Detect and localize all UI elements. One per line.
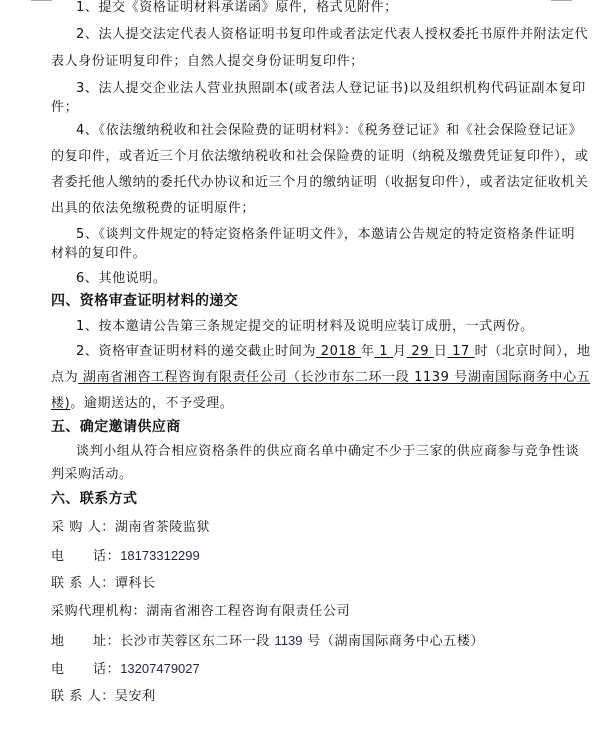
address-value-a: 长沙市芙蓉区东二环一段 bbox=[120, 634, 274, 649]
purchaser-label: 采 购 人： bbox=[51, 520, 115, 536]
section-5-line-1: 谈判小组从符合相应资格条件的供应商名单中确定不少于三家的供应商参与竞争性谈 bbox=[76, 444, 586, 460]
month-unit: 月 bbox=[393, 344, 407, 359]
item-3-line-2: 件； bbox=[51, 100, 561, 116]
contact-agency: 采购代理机构：湖南省湘咨工程咨询有限责任公司 bbox=[51, 604, 561, 620]
hour-unit: 时（北京时间），地 bbox=[475, 344, 591, 359]
section-6-heading: 六、联系方式 bbox=[51, 491, 561, 507]
item-6: 6、其他说明。 bbox=[76, 271, 586, 287]
address-number: 1139 bbox=[275, 633, 303, 648]
item-4-line-3: 者委托他人缴纳的委托代办协议和近三个月的缴纳证明（收据复印件），或者法定征收机关 bbox=[51, 175, 561, 191]
deadline-prefix: 2、资格审查证明材料的递交截止时间为 bbox=[76, 344, 316, 359]
contact-person-1: 联 系 人：谭科长 bbox=[51, 576, 561, 592]
phone2-label: 电 话： bbox=[51, 662, 120, 678]
section-5-heading: 五、确定邀请供应商 bbox=[51, 419, 561, 435]
section-4-heading: 四、资格审查证明材料的递交 bbox=[51, 293, 561, 309]
day-unit: 日 bbox=[434, 344, 448, 359]
deadline-day: 29 bbox=[407, 344, 434, 359]
contact2-value: 吴安利 bbox=[115, 689, 156, 704]
agency-label: 采购代理机构： bbox=[51, 604, 146, 620]
late-submission-note: 。逾期送达的，不予受理。 bbox=[70, 396, 233, 411]
item-3-line-1: 3、法人提交企业法人营业执照副本(或者法人登记证书)以及组织机构代码证副本复印 bbox=[76, 81, 586, 97]
item-5-line-2: 材料的复印件。 bbox=[51, 246, 561, 262]
purchaser-value: 湖南省茶陵监狱 bbox=[115, 520, 210, 535]
page-corner-mark-left bbox=[31, 0, 52, 1]
location-prefix: 点为 bbox=[51, 370, 78, 385]
section-4-item-2-line-1: 2、资格审查证明材料的递交截止时间为 2018 年 1 月 29 日 17 时（… bbox=[76, 344, 586, 360]
section-4-item-1: 1、按本邀请公告第三条规定提交的证明材料及说明应装订成册，一式两份。 bbox=[76, 319, 586, 335]
item-4-line-1: 4、《依法缴纳税收和社会保险费的证明材料》：《税务登记证》和《社会保险登记证》 bbox=[76, 123, 586, 139]
agency-value: 湖南省湘咨工程咨询有限责任公司 bbox=[146, 604, 350, 619]
contact1-value: 谭科长 bbox=[115, 576, 156, 591]
section-4-item-2-line-2: 点为 湖南省湘咨工程咨询有限责任公司（长沙市东二环一段 1139 号湖南国际商务… bbox=[51, 370, 561, 386]
phone2-value: 13207479027 bbox=[120, 661, 200, 676]
item-2-line-2: 表人身份证明复印件；自然人提交身份证明复印件； bbox=[51, 54, 561, 70]
deadline-year: 2018 bbox=[316, 344, 361, 359]
year-unit: 年 bbox=[361, 344, 375, 359]
address-label: 地 址： bbox=[51, 634, 120, 650]
item-1: 1、提交《资格证明材料承诺函》原件，格式见附件； bbox=[76, 0, 586, 16]
contact-phone-2: 电 话：13207479027 bbox=[51, 661, 561, 678]
item-4-line-2: 的复印件，或者近三个月依法缴纳税收和社会保险费的证明（纳税及缴费凭证复印件），或 bbox=[51, 149, 561, 165]
phone1-label: 电 话： bbox=[51, 549, 120, 565]
contact1-label: 联 系 人： bbox=[51, 576, 115, 592]
address-value-b: 号（湖南国际商务中心五楼） bbox=[303, 634, 485, 649]
contact-person-2: 联 系 人：吴安利 bbox=[51, 689, 561, 705]
item-2-line-1: 2、法人提交法定代表人资格证明书复印件或者法定代表人授权委托书原件并附法定代 bbox=[76, 27, 586, 43]
contact-phone-1: 电 话：18173312299 bbox=[51, 548, 561, 565]
contact2-label: 联 系 人： bbox=[51, 689, 115, 705]
contact-purchaser: 采 购 人：湖南省茶陵监狱 bbox=[51, 520, 561, 536]
item-5-line-1: 5、《谈判文件规定的特定资格条件证明文件》，本邀请公告规定的特定资格条件证明 bbox=[76, 227, 586, 243]
phone1-value: 18173312299 bbox=[120, 548, 200, 563]
section-5-line-2: 判采购活动。 bbox=[51, 467, 561, 483]
deadline-hour: 17 bbox=[447, 344, 474, 359]
submission-location: 湖南省湘咨工程咨询有限责任公司（长沙市东二环一段 1139 号湖南国际商务中心五 bbox=[78, 370, 590, 385]
submission-location-end: 楼) bbox=[51, 396, 70, 411]
section-4-item-2-line-3: 楼)。逾期送达的，不予受理。 bbox=[51, 396, 561, 412]
contact-address: 地 址：长沙市芙蓉区东二环一段 1139 号（湖南国际商务中心五楼） bbox=[51, 633, 561, 650]
deadline-month: 1 bbox=[375, 344, 393, 359]
item-4-line-4: 出具的依法免缴税费的证明原件； bbox=[51, 201, 561, 217]
